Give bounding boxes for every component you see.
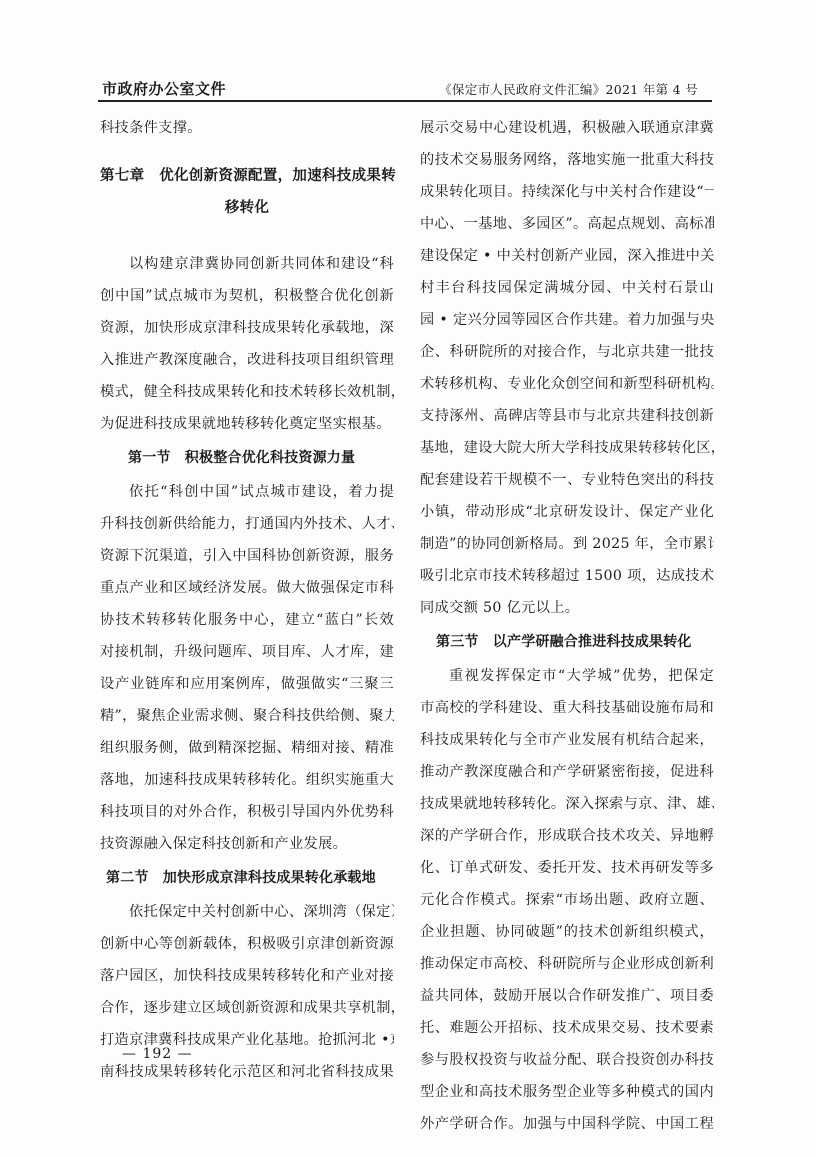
body-line: 外产学研合作。加强与中国科学院、中国工程 [420, 1108, 714, 1140]
section-title: 第三节 以产学研融合推进科技成果转化 [420, 624, 714, 660]
body-line: 精”，聚焦企业需求侧、聚合科技供给侧、聚力 [100, 700, 394, 732]
section-title: 第二节 加快形成京津科技成果转化承载地 [100, 860, 394, 896]
body-line: 组织服务侧，做到精深挖掘、精细对接、精准 [100, 732, 394, 764]
body-line: 推动保定市高校、科研院所与企业形成创新利 [420, 948, 714, 980]
body-line: 配套建设若干规模不一、专业特色突出的科技 [420, 464, 714, 496]
body-line: 科技条件支撑。 [100, 112, 394, 144]
header-right-title: 《保定市人民政府文件汇编》2021 年第 4 号 [439, 80, 698, 98]
document-page: 市政府办公室文件 《保定市人民政府文件汇编》2021 年第 4 号 科技条件支撑… [0, 0, 816, 1157]
body-line: 对接机制，升级问题库、项目库、人才库，建 [100, 636, 394, 668]
body-line: 技资源融入保定科技创新和产业发展。 [100, 828, 394, 860]
body-line: 资源，加快形成京津科技成果转化承载地，深 [100, 312, 394, 344]
body-line: 依托“科创中国”试点城市建设，着力提 [100, 476, 394, 508]
body-line: 企业担题、协同破题”的技术创新组织模式， [420, 916, 714, 948]
body-line: 推动产教深度融合和产学研紧密衔接，促进科 [420, 756, 714, 788]
body-line: 资源下沉渠道，引入中国科协创新资源，服务 [100, 540, 394, 572]
body-line: 升科技创新供给能力，打通国内外技术、人才、 [100, 508, 394, 540]
body-line: 化、订单式研发、委托开发、技术再研发等多 [420, 852, 714, 884]
body-line: 成果转化项目。持续深化与中关村合作建设“一 [420, 176, 714, 208]
right-column: 展示交易中心建设机遇，积极融入联通京津冀 的技术交易服务网络，落地实施一批重大科… [420, 112, 714, 1140]
page-header: 市政府办公室文件 《保定市人民政府文件汇编》2021 年第 4 号 [98, 78, 712, 102]
body-line: 创新中心等创新载体，积极吸引京津创新资源 [100, 928, 394, 960]
body-line: 建设保定 • 中关村创新产业园，深入推进中关 [420, 240, 714, 272]
body-line: 科技项目的对外合作，积极引导国内外优势科 [100, 796, 394, 828]
section-title: 第一节 积极整合优化科技资源力量 [100, 440, 394, 476]
body-line: 参与股权投资与收益分配、联合投资创办科技 [420, 1044, 714, 1076]
body-line: 深的产学研合作，形成联合技术攻关、异地孵 [420, 820, 714, 852]
body-line: 支持涿州、高碑店等县市与北京共建科技创新 [420, 400, 714, 432]
continued-paragraph: 展示交易中心建设机遇，积极融入联通京津冀 的技术交易服务网络，落地实施一批重大科… [420, 112, 714, 624]
chapter-title-line: 移转化 [100, 192, 394, 224]
body-line: 型企业和高技术服务型企业等多种模式的国内 [420, 1076, 714, 1108]
body-line: 合作，逐步建立区域创新资源和成果共享机制， [100, 992, 394, 1024]
body-line: 元化合作模式。探索“市场出题、政府立题、 [420, 884, 714, 916]
body-line: 中心、一基地、多园区”。高起点规划、高标准 [420, 208, 714, 240]
body-line: 技成果就地转移转化。深入探索与京、津、雄、 [420, 788, 714, 820]
body-line: 落户园区，加快科技成果转移转化和产业对接 [100, 960, 394, 992]
body-line: 为促进科技成果就地转移转化奠定坚实根基。 [100, 408, 394, 440]
section1-paragraph: 依托“科创中国”试点城市建设，着力提 升科技创新供给能力，打通国内外技术、人才、… [100, 476, 394, 860]
body-line: 术转移机构、专业化众创空间和新型科研机构。 [420, 368, 714, 400]
body-line: 园 • 定兴分园等园区合作共建。着力加强与央 [420, 304, 714, 336]
body-line: 以构建京津冀协同创新共同体和建设“科 [100, 248, 394, 280]
body-line: 模式，健全科技成果转化和技术转移长效机制， [100, 376, 394, 408]
body-line: 协技术转移转化服务中心，建立“蓝白”长效 [100, 604, 394, 636]
body-line: 基地，建设大院大所大学科技成果转移转化区， [420, 432, 714, 464]
body-line: 吸引北京市技术转移超过 1500 项，达成技术合 [420, 560, 714, 592]
body-line: 同成交额 50 亿元以上。 [420, 592, 714, 624]
body-line: 重视发挥保定市“大学城”优势，把保定 [420, 660, 714, 692]
body-line: 重点产业和区域经济发展。做大做强保定市科 [100, 572, 394, 604]
body-line: 科技成果转化与全市产业发展有机结合起来， [420, 724, 714, 756]
body-line: 落地，加速科技成果转移转化。组织实施重大 [100, 764, 394, 796]
body-line: 入推进产教深度融合，改进科技项目组织管理 [100, 344, 394, 376]
body-line: 小镇，带动形成“北京研发设计、保定产业化 [420, 496, 714, 528]
body-line: 的技术交易服务网络，落地实施一批重大科技 [420, 144, 714, 176]
chapter-title-line: 第七章 优化创新资源配置，加速科技成果转 [100, 160, 394, 192]
body-line: 企、科研院所的对接合作，与北京共建一批技 [420, 336, 714, 368]
body-line: 设产业链库和应用案例库，做强做实“三聚三 [100, 668, 394, 700]
section3-paragraph: 重视发挥保定市“大学城”优势，把保定 市高校的学科建设、重大科技基础设施布局和 … [420, 660, 714, 1140]
body-line: 依托保定中关村创新中心、深圳湾（保定） [100, 896, 394, 928]
body-line: 益共同体，鼓励开展以合作研发推广、项目委 [420, 980, 714, 1012]
body-line: 制造”的协同创新格局。到 2025 年，全市累计 [420, 528, 714, 560]
body-line: 展示交易中心建设机遇，积极融入联通京津冀 [420, 112, 714, 144]
body-line: 托、难题公开招标、技术成果交易、技术要素 [420, 1012, 714, 1044]
header-left-title: 市政府办公室文件 [102, 78, 226, 99]
chapter-intro-paragraph: 以构建京津冀协同创新共同体和建设“科 创中国”试点城市为契机，积极整合优化创新 … [100, 248, 394, 440]
body-line: 市高校的学科建设、重大科技基础设施布局和 [420, 692, 714, 724]
left-column: 科技条件支撑。 第七章 优化创新资源配置，加速科技成果转 移转化 以构建京津冀协… [100, 112, 394, 1088]
body-line: 创中国”试点城市为契机，积极整合优化创新 [100, 280, 394, 312]
page-number: — 192 — [122, 1046, 193, 1062]
body-line: 村丰台科技园保定满城分园、中关村石景山 [420, 272, 714, 304]
